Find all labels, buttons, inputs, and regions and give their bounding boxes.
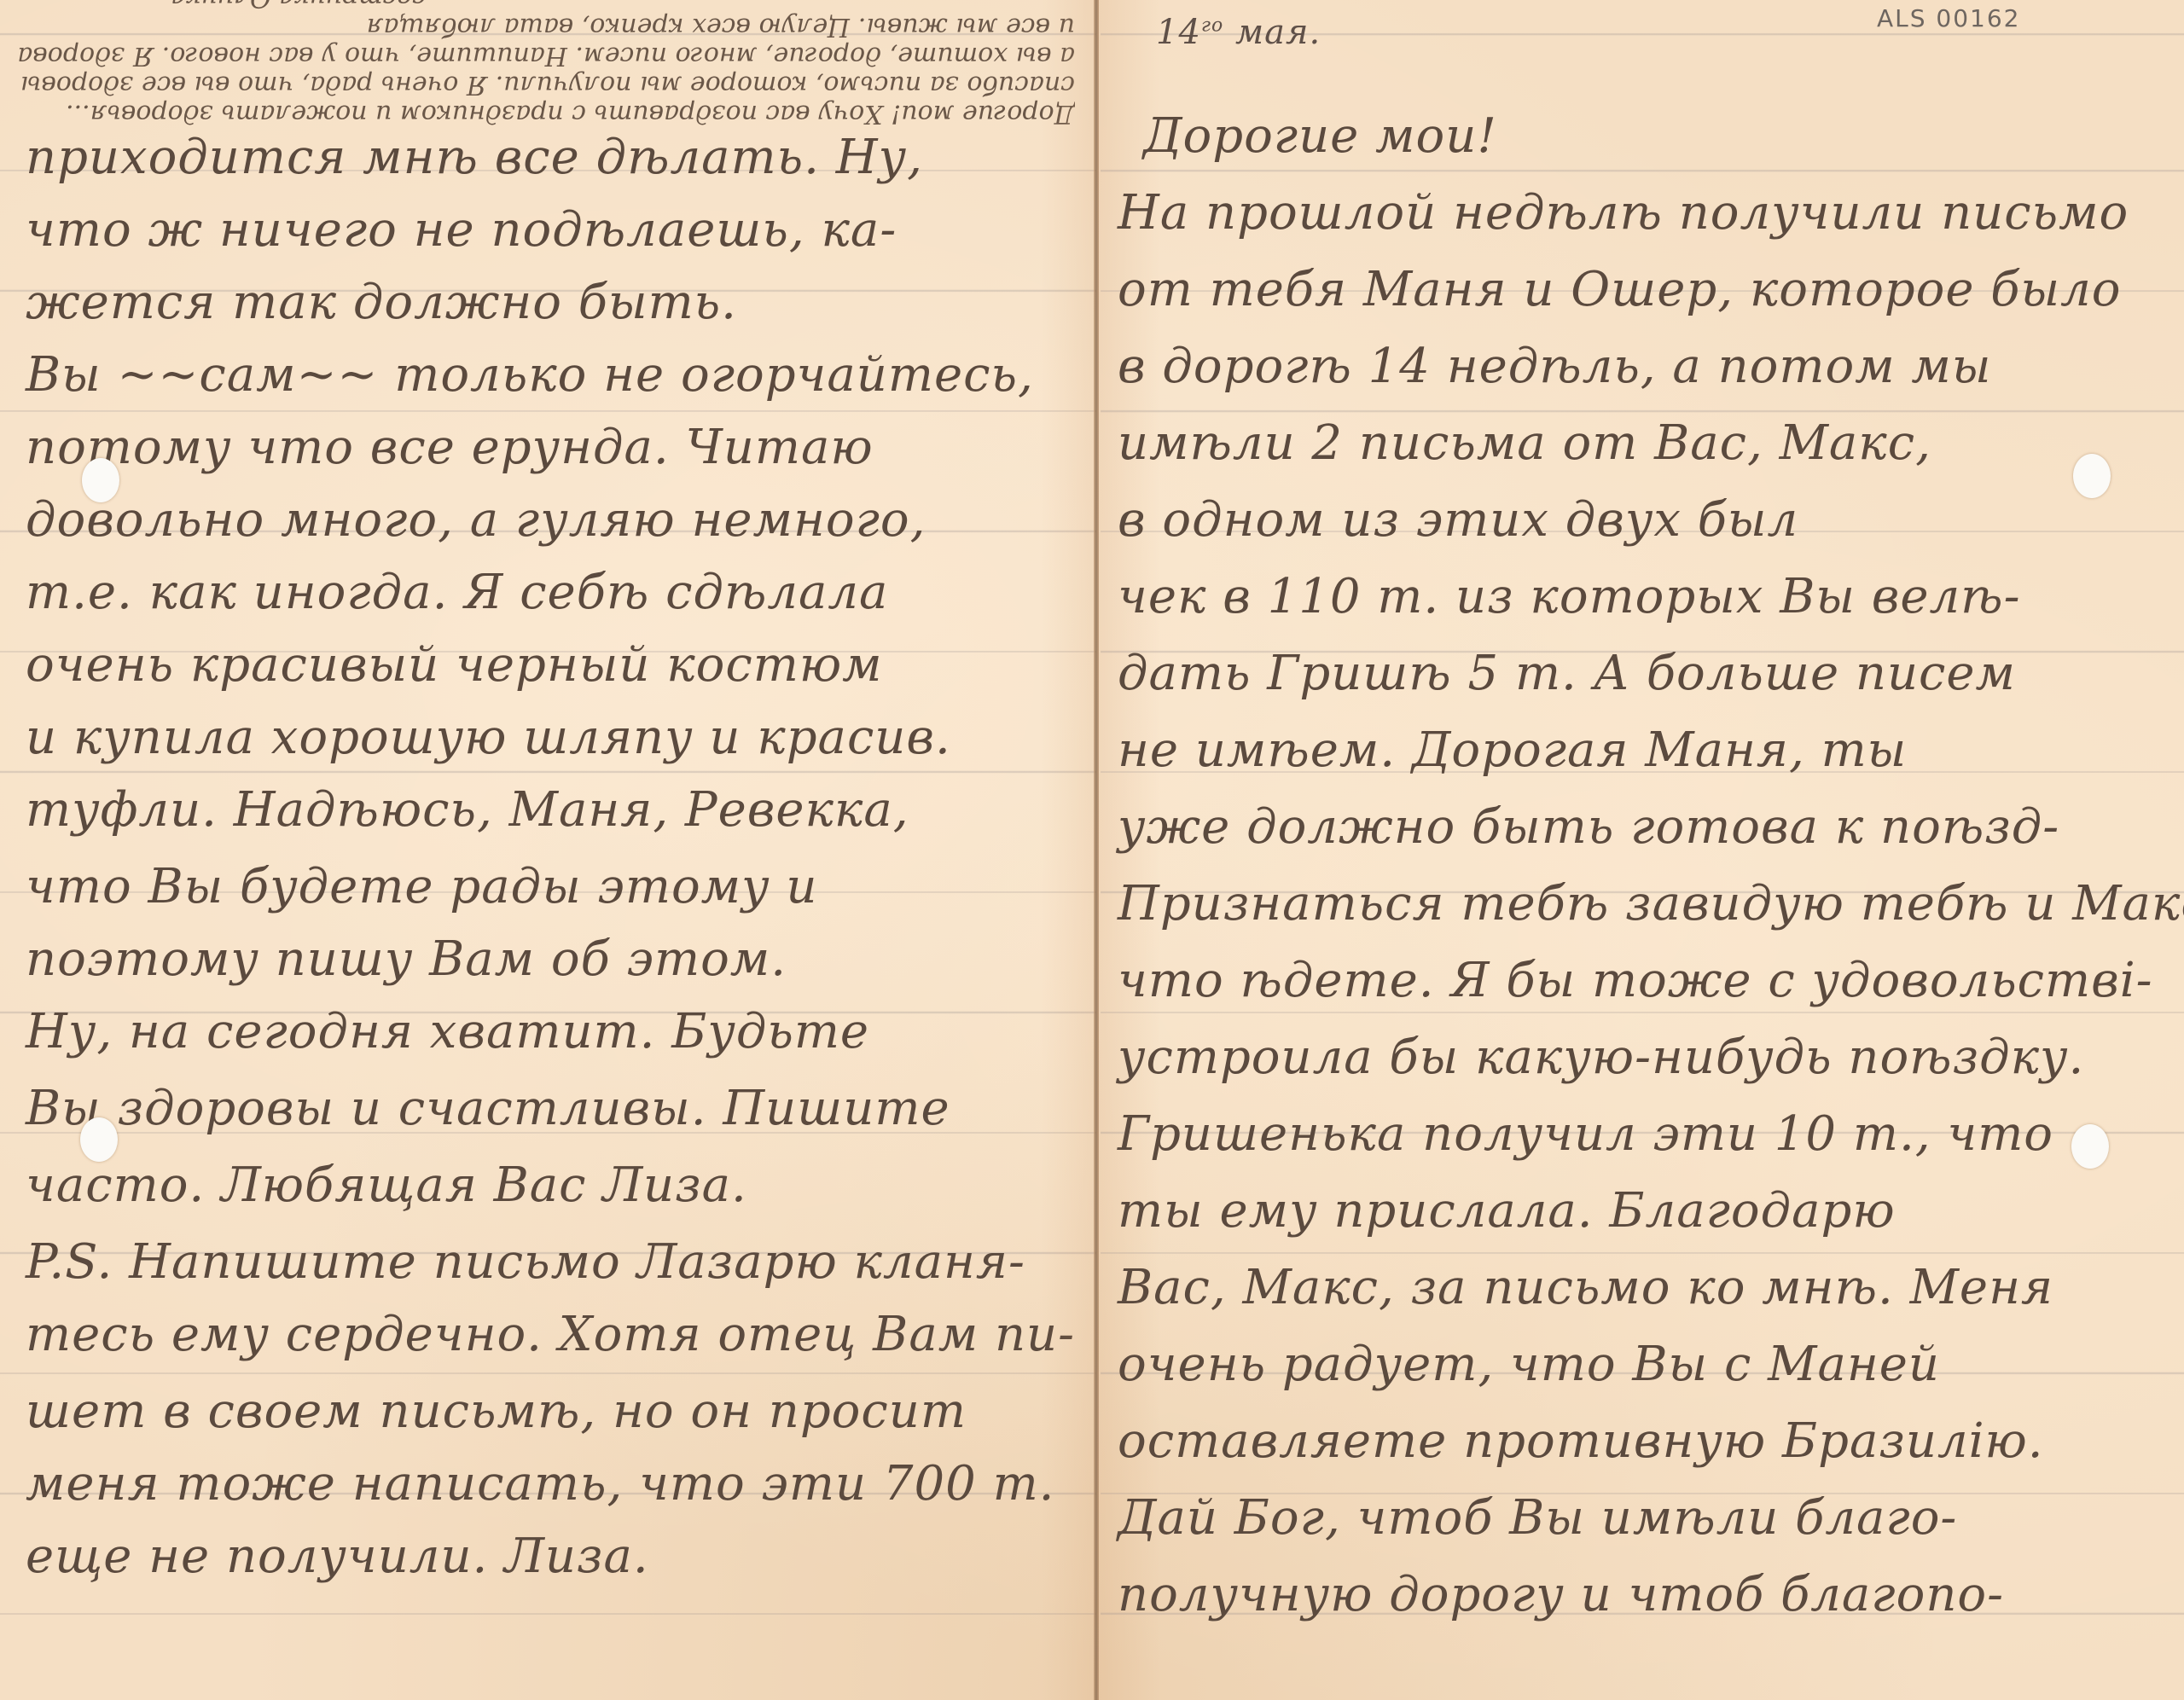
left-line-1: приходится мнѣ все дѣлать. Ну, [26, 128, 923, 188]
left-line-10: туфли. Надѣюсь, Маня, Ревекка, [26, 780, 909, 840]
right-line-11: что ѣдете. Я бы тоже с удовольстві- [1118, 951, 2153, 1011]
left-line-7: т.е. как иногда. Я себѣ сдѣлала [26, 563, 888, 623]
right-line-8: не имѣем. Дорогая Маня, ты [1118, 721, 1907, 780]
note-line: а вы хотите, дорогие, много писем. Напиш… [17, 41, 1075, 70]
left-line-14: Вы здоровы и счастливы. Пишите [26, 1079, 950, 1139]
date-month: мая. [1235, 13, 1321, 52]
right-line-15: Вас, Макс, за письмо ко мнѣ. Меня [1118, 1258, 2053, 1318]
punch-hole [82, 458, 119, 502]
left-line-11: что Вы будете рады этому и [26, 857, 817, 917]
right-line-6: чек в 110 т. из которых Вы велѣ- [1118, 567, 2021, 627]
letter-date: 14го мая. [1156, 13, 1321, 52]
left-line-5: потому что все ерунда. Читаю [26, 418, 874, 478]
left-line-3: жется так должно быть. [26, 273, 737, 333]
right-line-2: от тебя Маня и Ошер, которое было [1118, 260, 2121, 320]
right-line-12: устроила бы какую-нибудь поѣздку. [1118, 1028, 2084, 1088]
punch-hole [2073, 454, 2111, 498]
center-fold [1094, 0, 1099, 1700]
left-line-13: Ну, на сегодня хватит. Будьте [26, 1002, 869, 1062]
left-line-12: поэтому пишу Вам об этом. [26, 930, 787, 989]
right-line-4: имѣли 2 письма от Вас, Макс, [1118, 414, 1931, 473]
left-line-6: довольно много, а гуляю немного, [26, 490, 926, 550]
right-line-19: получную дорогу и чтоб благопо- [1118, 1565, 2004, 1625]
right-line-18: Дай Бог, чтоб Вы имѣли благо- [1118, 1488, 1957, 1548]
left-line-19: меня тоже написать, что эти 700 т. [26, 1454, 1054, 1514]
punch-hole [2071, 1124, 2109, 1169]
right-line-5: в одном из этих двух был [1118, 490, 1798, 550]
punch-hole [80, 1117, 118, 1162]
right-line-9: уже должно быть готова к поѣзд- [1118, 798, 2059, 857]
right-line-16: очень радует, что Вы с Маней [1118, 1335, 1940, 1395]
date-suffix: го [1201, 15, 1223, 37]
left-line-8: очень красивый черный костюм [26, 635, 883, 695]
left-line-18: шет в своем письмѣ, но он просит [26, 1382, 967, 1442]
greeting: Дорогие мои! [1143, 107, 1497, 166]
right-line-14: ты ему прислала. Благодарю [1118, 1181, 1896, 1241]
note-line: Дорогие мои! Хочу вас поздравить с празд… [17, 99, 1075, 128]
right-page: ALS 00162 14го мая. Дорогие мои! На прош… [1101, 0, 2184, 1700]
left-line-17: тесь ему сердечно. Хотя отец Вам пи- [26, 1305, 1075, 1365]
note-line: спасибо за письмо, которое мы получили. … [17, 70, 1075, 99]
left-line-4: Вы ~~сам~~ только не огорчайтесь, [26, 345, 1034, 405]
date-day: 14 [1156, 13, 1201, 52]
upside-down-note: Дорогие мои! Хочу вас поздравить с празд… [17, 0, 1075, 128]
right-line-17: оставляете противную Бразилію. [1118, 1412, 2044, 1471]
left-line-15: часто. Любящая Вас Лиза. [26, 1156, 747, 1216]
right-line-7: дать Гришѣ 5 т. А больше писем [1118, 644, 2016, 704]
right-line-1: На прошлой недѣлѣ получили письмо [1118, 183, 2129, 243]
left-line-9: и купила хорошую шляпу и красив. [26, 708, 951, 768]
note-line: сестричка Оличка [17, 0, 1075, 12]
archive-id: ALS 00162 [1877, 4, 2021, 32]
left-page: Дорогие мои! Хочу вас поздравить с празд… [0, 0, 1096, 1700]
right-line-10: Признаться тебѣ завидую тебѣ и Макс [1118, 874, 2184, 934]
left-line-2: что ж ничего не подѣлаешь, ка- [26, 200, 897, 260]
right-line-13: Гришенька получил эти 10 т., что [1118, 1105, 2053, 1164]
left-line-16: P.S. Напишите письмо Лазарю кланя- [26, 1233, 1025, 1292]
left-line-20: еще не получили. Лиза. [26, 1527, 649, 1587]
note-line: и все мы живы. Целую всех крепко, ваша л… [17, 12, 1075, 41]
letter-scan: Дорогие мои! Хочу вас поздравить с празд… [0, 0, 2184, 1700]
right-line-3: в дорогѣ 14 недѣль, а потом мы [1118, 337, 1991, 397]
